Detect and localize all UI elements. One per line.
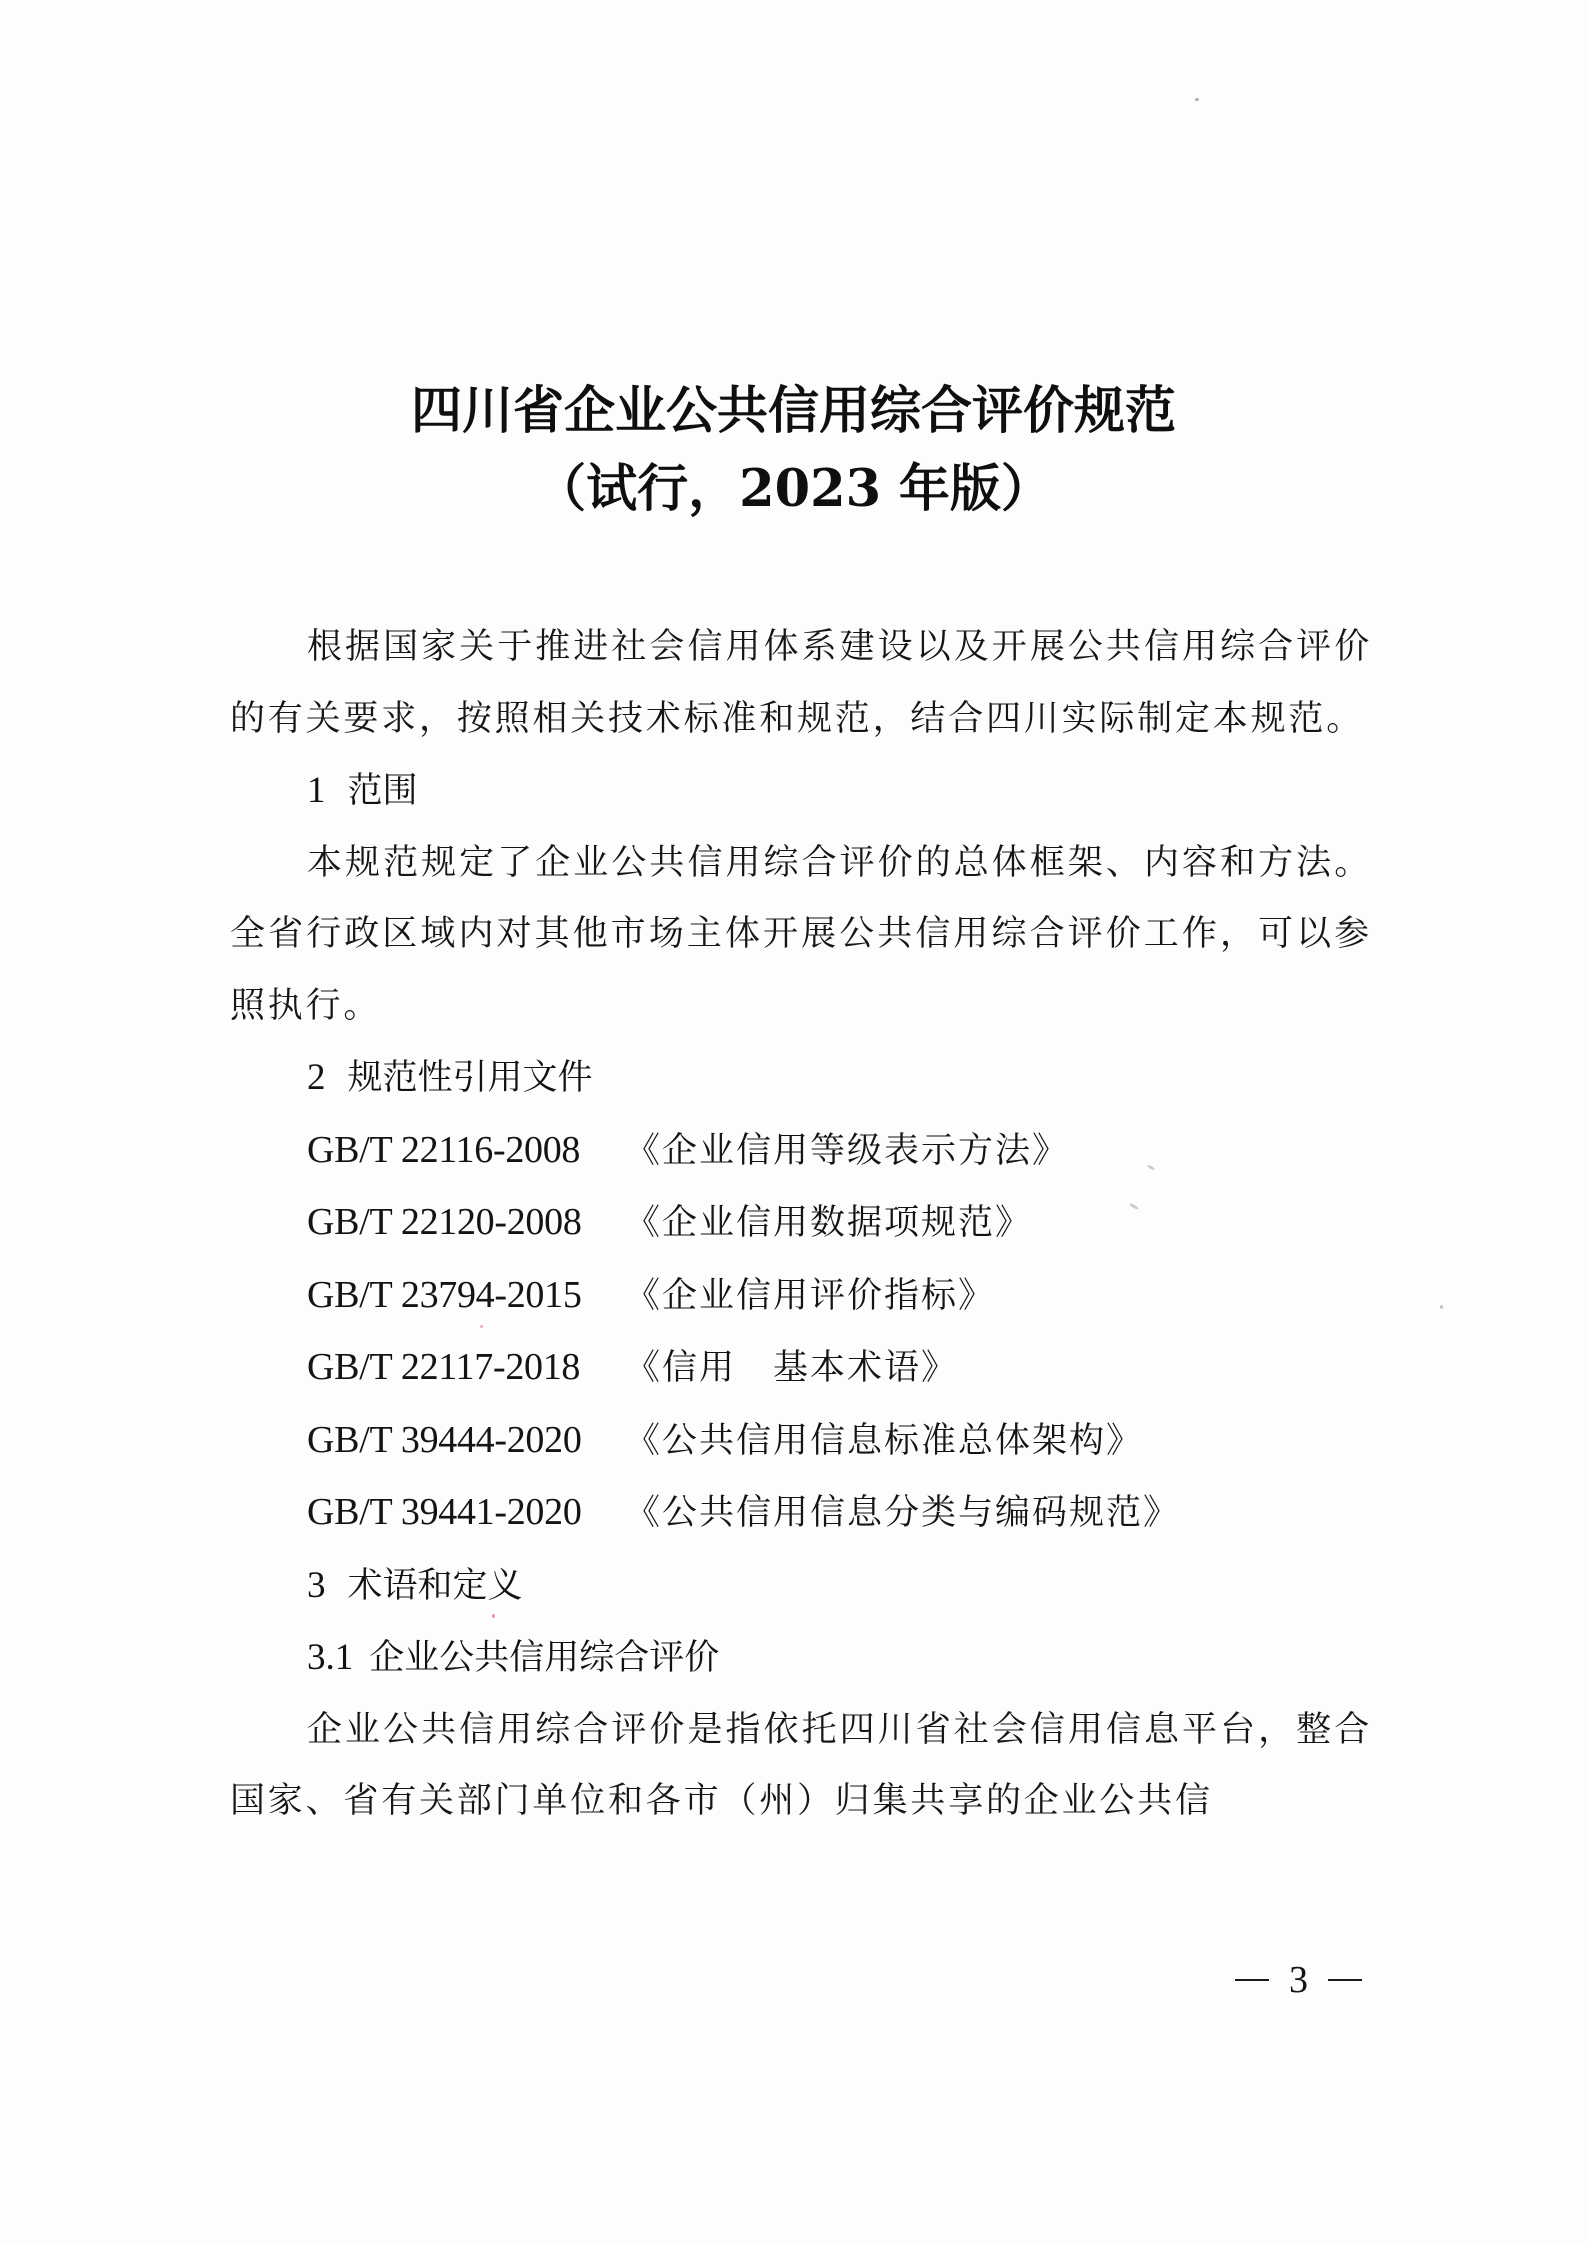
title-main: 四川省企业公共信用综合评价规范 xyxy=(0,372,1587,450)
standard-name: 《公共信用信息标准总体架构》 xyxy=(625,1421,1143,1461)
dash-left xyxy=(1235,1979,1269,1981)
subsection-number: 3.1 xyxy=(307,1622,353,1694)
definition-paragraph: 企业公共信用综合评价是指依托四川省社会信用信息平台，整合国家、省有关部门单位和各… xyxy=(230,1695,1372,1838)
scan-speck xyxy=(1440,1305,1443,1309)
section-title: 规范性引用文件 xyxy=(348,1058,593,1098)
scan-speck xyxy=(480,1325,483,1328)
reference-item: GB/T 22117-2018《信用 基本术语》 xyxy=(230,1332,1372,1405)
scope-paragraph: 本规范规定了企业公共信用综合评价的总体框架、内容和方法。全省行政区域内对其他市场… xyxy=(230,828,1372,1043)
standard-name: 《公共信用信息分类与编码规范》 xyxy=(625,1493,1180,1533)
standard-name: 《企业信用评价指标》 xyxy=(625,1276,995,1316)
reference-item: GB/T 39444-2020《公共信用信息标准总体架构》 xyxy=(230,1405,1372,1478)
document-body: 根据国家关于推进社会信用体系建设以及开展公共信用综合评价的有关要求，按照相关技术… xyxy=(230,612,1372,1838)
reference-item: GB/T 22116-2008《企业信用等级表示方法》 xyxy=(230,1115,1372,1188)
standard-name: 《信用 基本术语》 xyxy=(625,1348,958,1388)
section-number: 1 xyxy=(307,755,326,827)
standard-code: GB/T 22116-2008 xyxy=(307,1115,625,1187)
document-title: 四川省企业公共信用综合评价规范 （试行，2023 年版） xyxy=(0,372,1587,528)
standard-code: GB/T 22120-2008 xyxy=(307,1187,625,1259)
page-number-value: 3 xyxy=(1289,1955,1308,2005)
reference-item: GB/T 22120-2008《企业信用数据项规范》 xyxy=(230,1187,1372,1260)
section-number: 2 xyxy=(307,1042,326,1114)
section-title: 范围 xyxy=(348,771,418,811)
standard-name: 《企业信用等级表示方法》 xyxy=(625,1131,1069,1171)
subsection-title: 企业公共信用综合评价 xyxy=(369,1638,719,1678)
section-heading-scope: 1范围 xyxy=(230,755,1372,828)
subsection-heading-3-1: 3.1企业公共信用综合评价 xyxy=(230,1622,1372,1695)
standard-code: GB/T 39441-2020 xyxy=(307,1477,625,1549)
section-heading-normative-references: 2规范性引用文件 xyxy=(230,1042,1372,1115)
section-number: 3 xyxy=(307,1550,326,1622)
section-heading-terms-definitions: 3术语和定义 xyxy=(230,1550,1372,1623)
standard-code: GB/T 39444-2020 xyxy=(307,1405,625,1477)
standard-name: 《企业信用数据项规范》 xyxy=(625,1203,1032,1243)
intro-paragraph: 根据国家关于推进社会信用体系建设以及开展公共信用综合评价的有关要求，按照相关技术… xyxy=(230,612,1372,755)
reference-list: GB/T 22116-2008《企业信用等级表示方法》 GB/T 22120-2… xyxy=(230,1115,1372,1550)
standard-code: GB/T 22117-2018 xyxy=(307,1332,625,1404)
standard-code: GB/T 23794-2015 xyxy=(307,1260,625,1332)
document-page: 四川省企业公共信用综合评价规范 （试行，2023 年版） 根据国家关于推进社会信… xyxy=(0,0,1587,2243)
scan-speck xyxy=(1195,98,1199,101)
page-number: 3 xyxy=(1235,1955,1395,2005)
reference-item: GB/T 23794-2015《企业信用评价指标》 xyxy=(230,1260,1372,1333)
dash-right xyxy=(1328,1979,1362,1981)
scan-speck xyxy=(492,1614,495,1618)
title-edition: （试行，2023 年版） xyxy=(0,450,1587,528)
section-title: 术语和定义 xyxy=(348,1566,523,1606)
reference-item: GB/T 39441-2020《公共信用信息分类与编码规范》 xyxy=(230,1477,1372,1550)
